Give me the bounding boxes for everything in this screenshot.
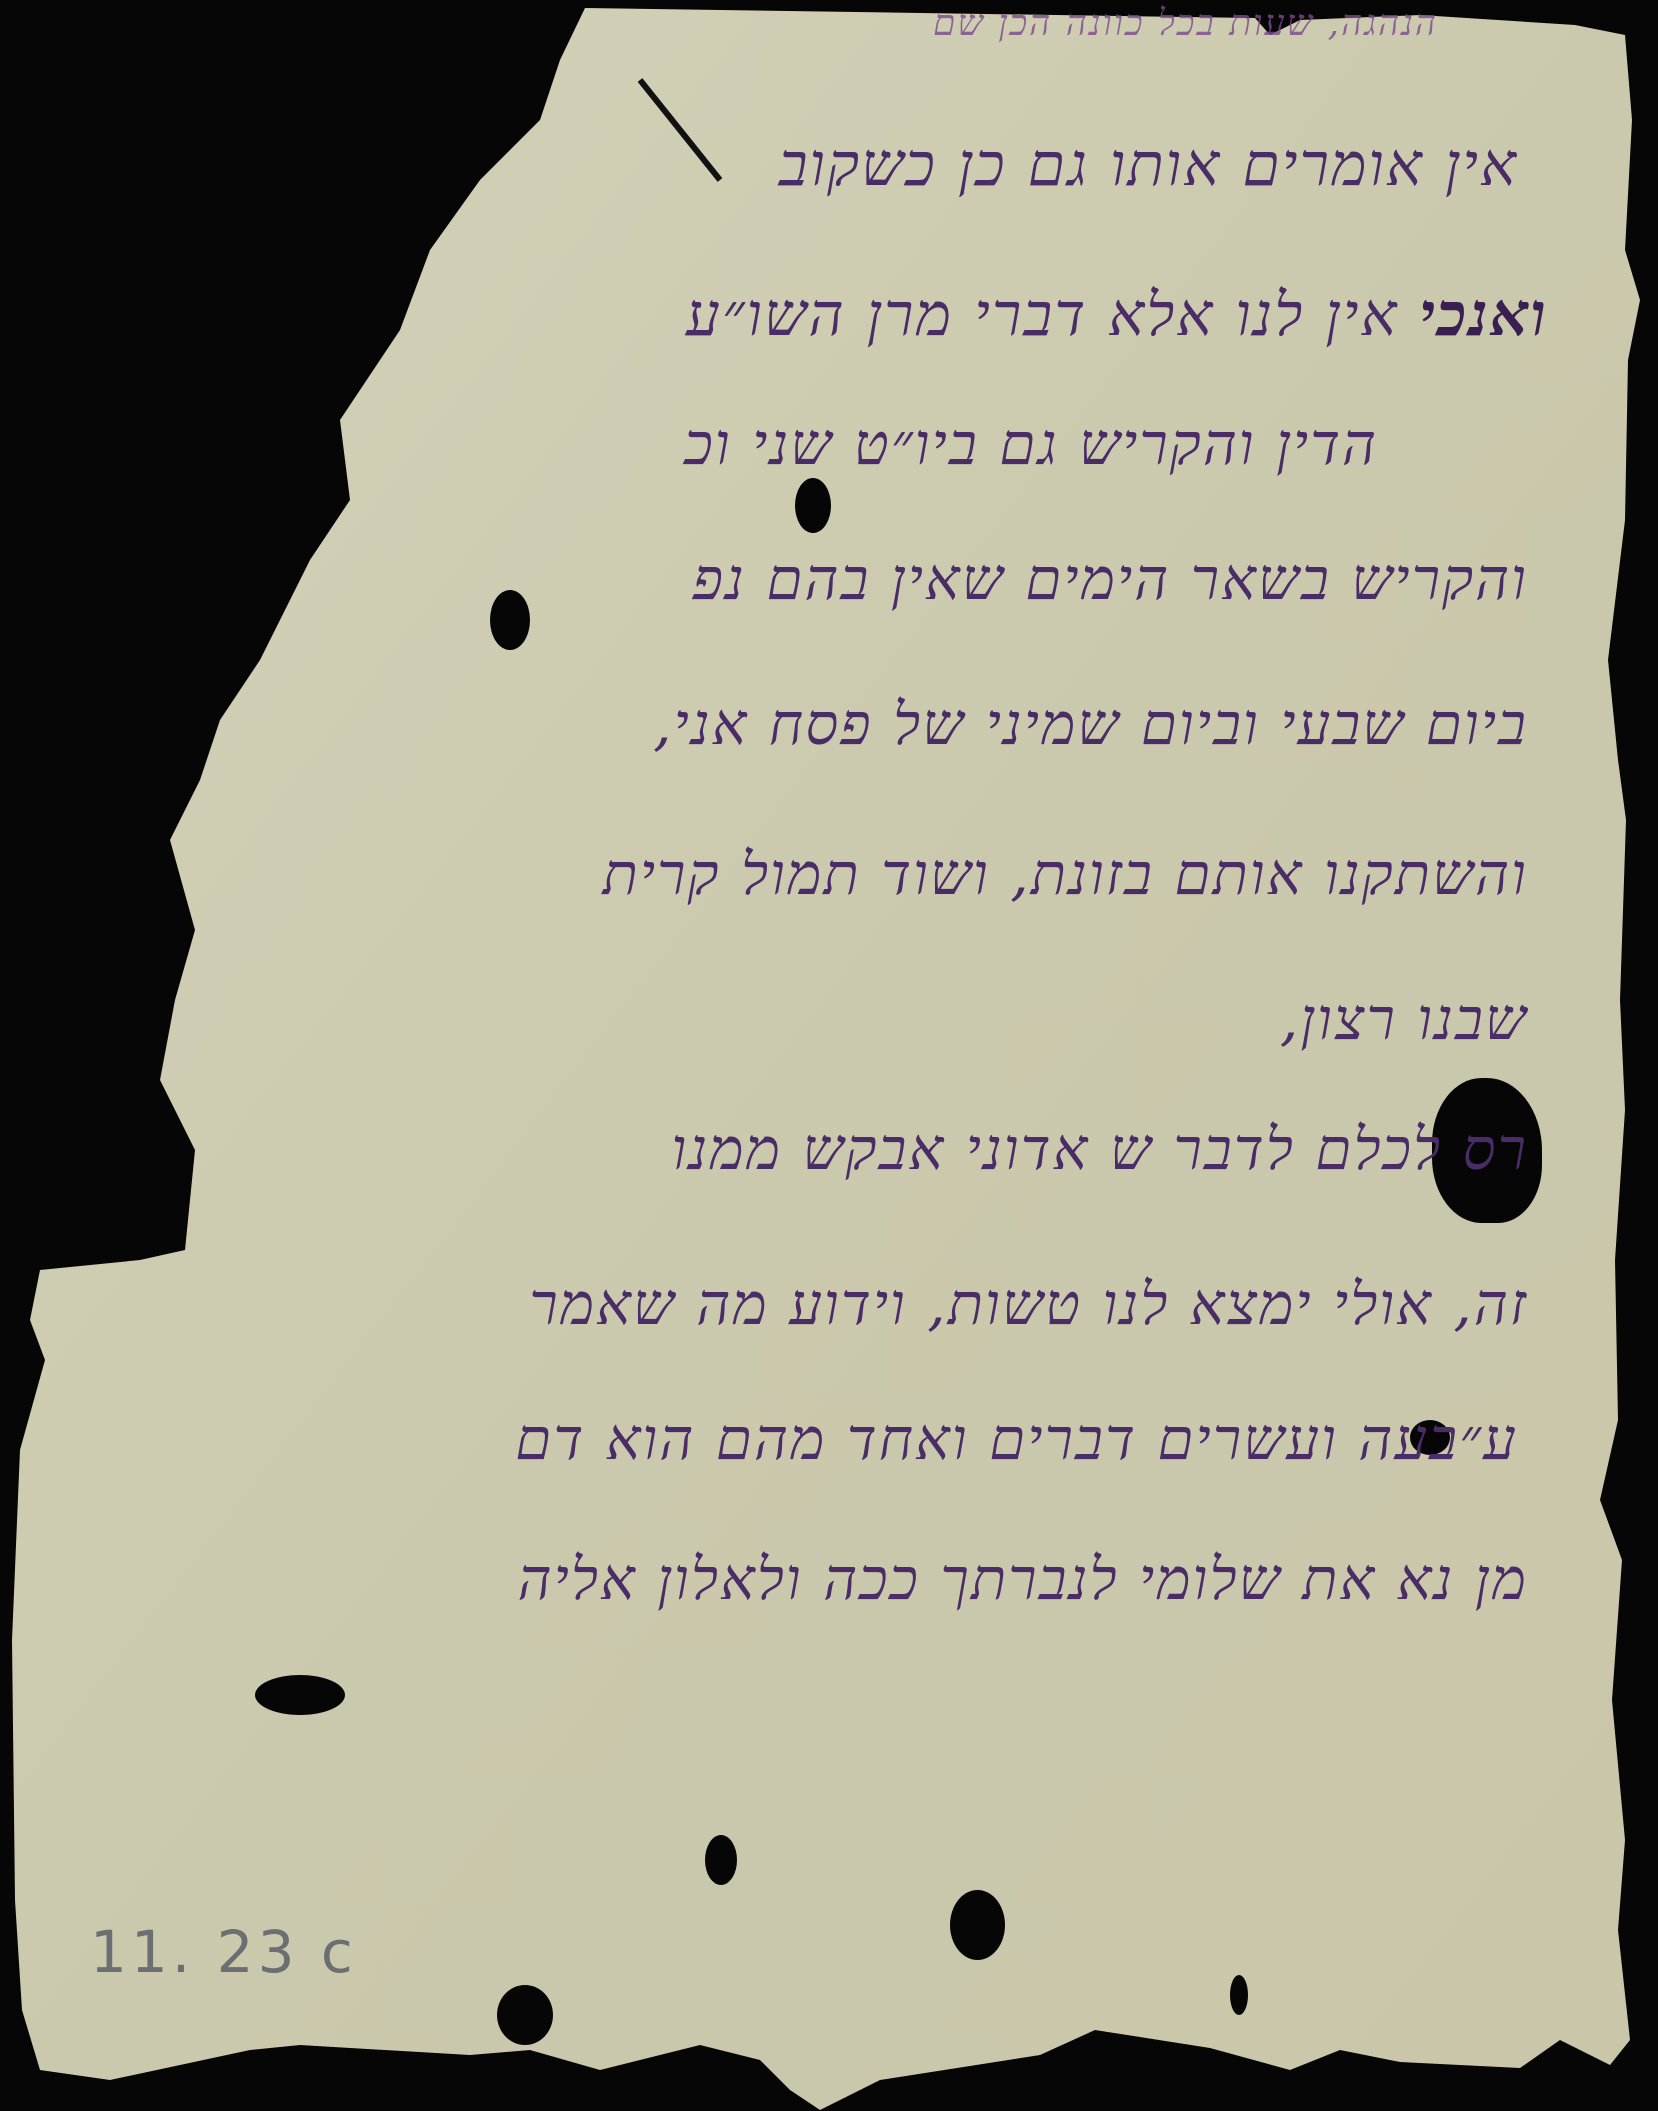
text-line: אין אומרים אותו גם כן כשקוב: [779, 130, 1518, 200]
text-line: ע״בעה ועשרים דברים ואחד מהם הוא דם: [515, 1405, 1518, 1473]
archive-number: 11. 23 c: [90, 1918, 357, 1986]
text-line: שבנו רצון,: [1280, 985, 1528, 1053]
hole: [490, 590, 530, 650]
hole: [795, 478, 831, 533]
hole: [950, 1890, 1005, 1960]
manuscript-fragment: הנהגה, שעות בכל כוונה הכן שם אין אומרים …: [0, 0, 1658, 2111]
text-line: הדין והקריש גם ביו״ט שני וכ: [685, 410, 1378, 478]
text-line: והשתקנו אותם בזונת, ושוד תמול קרית: [602, 840, 1528, 908]
bold-word: ואנכי: [1420, 280, 1548, 350]
text-line: ואנכי אין לנו אלא דברי מרן השו״ע: [686, 280, 1548, 350]
text-line-partial: הנהגה, שעות בכל כוונה הכן שם: [933, 2, 1438, 44]
hole: [1230, 1975, 1248, 2015]
text-line: זה, אולי ימצא לנו טשות, וידוע מה שאמר: [529, 1270, 1528, 1338]
text-line: ביום שבעי וביום שמיני של פסח אני,: [653, 690, 1528, 758]
hole: [497, 1985, 553, 2045]
text-line: והקריש בשאר הימים שאין בהם נפ: [693, 545, 1528, 613]
hole: [255, 1675, 345, 1715]
text-line: רס לכלם לדבר ש אדוני אבקש ממנו: [672, 1115, 1528, 1183]
hole: [705, 1835, 737, 1885]
text-line: מן נא את שלומי לנברתך ככה ולאלון אליה: [518, 1545, 1528, 1613]
